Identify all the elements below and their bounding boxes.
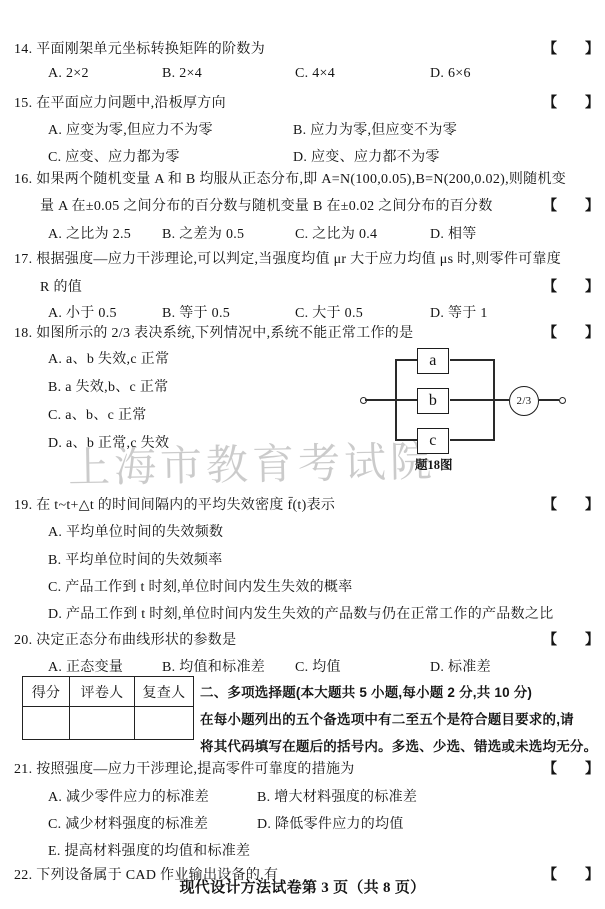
branch-a-right-line (450, 359, 493, 361)
option-19-c: C. 产品工作到 t 时刻,单位时间内发生失效的概率 (48, 576, 353, 596)
answer-bracket-q16: 【 】 (543, 195, 599, 215)
branch-b-right-line (450, 399, 509, 401)
voting-gate-2-of-3: 2/3 (509, 386, 539, 416)
option-14-c: C. 4×4 (295, 66, 335, 82)
option-16-b: B. 之差为 0.5 (162, 223, 244, 243)
question-15-stem: 15. 在平面应力问题中,沿板厚方向 (14, 92, 226, 112)
option-15-b: B. 应力为零,但应变不为零 (293, 119, 457, 139)
question-16-options: A. 之比为 2.5 B. 之差为 0.5 C. 之比为 0.4 D. 相等 (0, 223, 605, 243)
answer-bracket-q18: 【 】 (543, 322, 599, 342)
answer-bracket-q14: 【 】 (543, 38, 599, 58)
diagram-box-b: b (417, 388, 449, 414)
score-header-grader: 评卷人 (70, 677, 135, 707)
option-18-d: D. a、b 正常,c 失效 (48, 432, 169, 452)
score-cell-grader (70, 707, 135, 740)
page-footer: 现代设计方法试卷第 3 页（共 8 页） (0, 876, 605, 897)
question-16-stem-line1: 16. 如果两个随机变量 A 和 B 均服从正态分布,即 A=N(100,0.0… (14, 168, 566, 188)
option-15-a: A. 应变为零,但应力不为零 (48, 119, 213, 139)
option-20-c: C. 均值 (295, 656, 341, 676)
question-20-stem: 20. 决定正态分布曲线形状的参数是 (14, 629, 236, 649)
option-14-a: A. 2×2 (48, 66, 89, 82)
option-14-b: B. 2×4 (162, 66, 202, 82)
diagram-caption: 题18图 (415, 455, 453, 473)
option-20-d: D. 标准差 (430, 656, 491, 676)
option-17-c: C. 大于 0.5 (295, 302, 363, 322)
branch-a-left-line (395, 359, 417, 361)
section2-instructions-line2: 在每小题列出的五个备选项中有二至五个是符合题目要求的,请 (200, 708, 574, 728)
diagram-box-a: a (417, 348, 449, 374)
option-20-b: B. 均值和标准差 (162, 656, 265, 676)
question-20-options: A. 正态变量 B. 均值和标准差 C. 均值 D. 标准差 (0, 656, 605, 676)
option-19-b: B. 平均单位时间的失效频率 (48, 549, 223, 569)
score-cell-reviewer (135, 707, 194, 740)
option-15-d: D. 应变、应力都不为零 (293, 146, 440, 166)
answer-bracket-q20: 【 】 (543, 629, 599, 649)
option-17-b: B. 等于 0.5 (162, 302, 230, 322)
option-19-d: D. 产品工作到 t 时刻,单位时间内发生失效的产品数与仍在正常工作的产品数之比 (48, 603, 554, 623)
option-18-a: A. a、b 失效,c 正常 (48, 348, 169, 368)
input-line (365, 399, 395, 401)
option-21-d: D. 降低零件应力的均值 (257, 813, 404, 833)
option-21-c: C. 减少材料强度的标准差 (48, 813, 208, 833)
option-21-e: E. 提高材料强度的均值和标准差 (48, 840, 250, 860)
option-16-d: D. 相等 (430, 223, 477, 243)
question-19-stem: 19. 在 t~t+△t 的时间间隔内的平均失效密度 f̄(t)表示 (14, 494, 335, 514)
branch-b-left-line (395, 399, 417, 401)
score-header-reviewer: 复查人 (135, 677, 194, 707)
question-21-options-row1: A. 减少零件应力的标准差 B. 增大材料强度的标准差 (0, 786, 605, 806)
option-16-c: C. 之比为 0.4 (295, 223, 377, 243)
q18-voting-system-diagram: a b c 2/3 题18图 (358, 340, 588, 475)
option-21-b: B. 增大材料强度的标准差 (257, 786, 417, 806)
answer-bracket-q17: 【 】 (543, 276, 599, 296)
output-terminal (559, 397, 566, 404)
answer-bracket-q21: 【 】 (543, 758, 599, 778)
branch-c-right-line (450, 439, 493, 441)
question-15-options-row1: A. 应变为零,但应力不为零 B. 应力为零,但应变不为零 (0, 119, 605, 139)
question-18-stem: 18. 如图所示的 2/3 表决系统,下列情况中,系统不能正常工作的是 (14, 322, 413, 342)
question-14-stem: 14. 平面刚架单元坐标转换矩阵的阶数为 (14, 38, 265, 58)
option-18-b: B. a 失效,b、c 正常 (48, 376, 168, 396)
branch-c-left-line (395, 439, 417, 441)
option-15-c: C. 应变、应力都为零 (48, 146, 180, 166)
answer-bracket-q19: 【 】 (543, 494, 599, 514)
option-17-d: D. 等于 1 (430, 302, 488, 322)
option-14-d: D. 6×6 (430, 66, 471, 82)
score-table: 得分 评卷人 复查人 (22, 676, 194, 740)
option-16-a: A. 之比为 2.5 (48, 223, 131, 243)
option-21-a: A. 减少零件应力的标准差 (48, 786, 209, 806)
question-17-options: A. 小于 0.5 B. 等于 0.5 C. 大于 0.5 D. 等于 1 (0, 302, 605, 322)
question-14-options: A. 2×2 B. 2×4 C. 4×4 D. 6×6 (0, 66, 605, 86)
question-15-options-row2: C. 应变、应力都为零 D. 应变、应力都不为零 (0, 146, 605, 166)
diagram-box-c: c (417, 428, 449, 454)
question-21-options-row2: C. 减少材料强度的标准差 D. 降低零件应力的均值 (0, 813, 605, 833)
question-17-stem-line1: 17. 根据强度—应力干涉理论,可以判定,当强度均值 μr 大于应力均值 μs … (14, 248, 561, 268)
score-cell-score (23, 707, 70, 740)
option-19-a: A. 平均单位时间的失效频数 (48, 521, 223, 541)
option-20-a: A. 正态变量 (48, 656, 123, 676)
output-line (539, 399, 559, 401)
question-16-stem-line2: 量 A 在±0.05 之间分布的百分数与随机变量 B 在±0.02 之间分布的百… (40, 195, 493, 215)
score-header-score: 得分 (23, 677, 70, 707)
option-18-c: C. a、b、c 正常 (48, 404, 147, 424)
section2-instructions-line3: 将其代码填写在题后的括号内。多选、少选、错选或未选均无分。 (200, 735, 597, 755)
question-17-stem-line2: R 的值 (40, 276, 82, 296)
answer-bracket-q15: 【 】 (543, 92, 599, 112)
section2-title: 二、多项选择题(本大题共 5 小题,每小题 2 分,共 10 分) (200, 681, 532, 701)
option-17-a: A. 小于 0.5 (48, 302, 117, 322)
question-21-stem: 21. 按照强度—应力干涉理论,提高零件可靠度的措施为 (14, 758, 355, 778)
right-bus-line (493, 359, 495, 441)
